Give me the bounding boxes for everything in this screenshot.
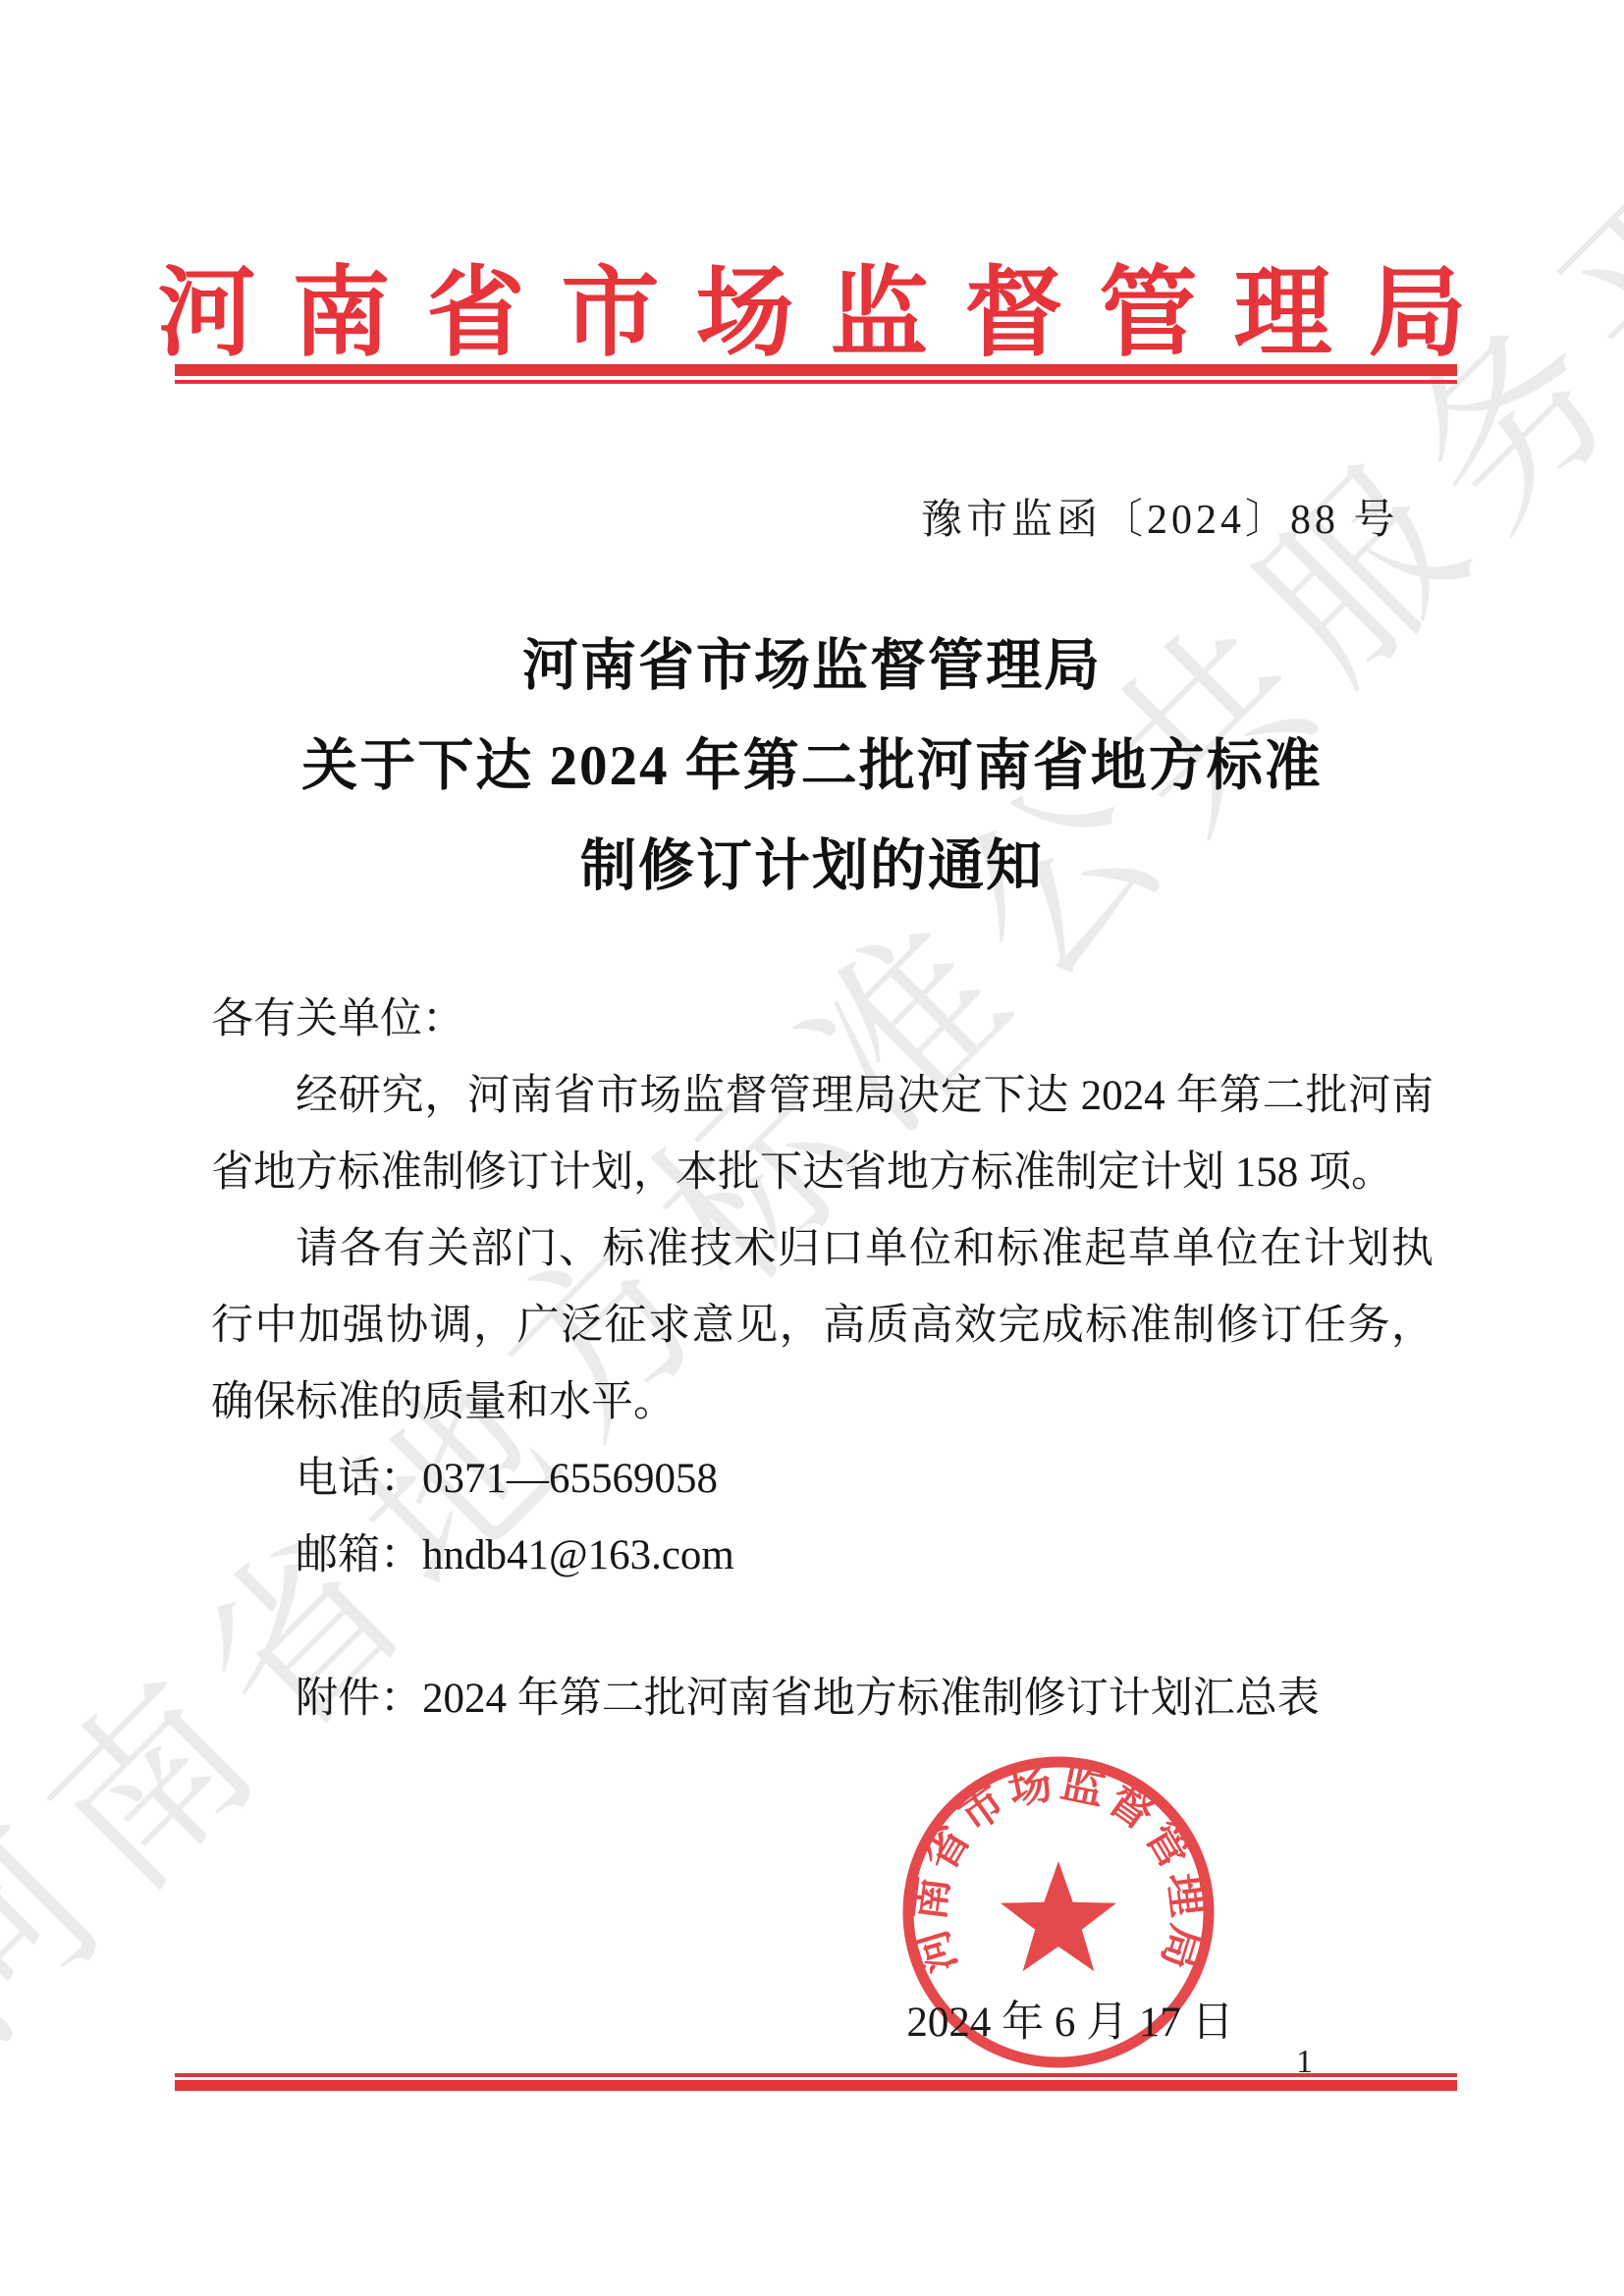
paragraph-2: 请各有关部门、标准技术归口单位和标准起草单位在计划执行中加强协调，广泛征求意见，… (211, 1211, 1434, 1441)
footer-rule-thick (175, 2080, 1457, 2091)
page-number: 1 (1296, 2044, 1313, 2081)
letterhead-rule-thick (175, 364, 1457, 376)
notice-body: 各有关单位： 经研究，河南省市场监督管理局决定下达 2024 年第二批河南省地方… (211, 982, 1434, 1594)
phone-line: 电话：0371—65569058 (211, 1441, 1434, 1518)
letterhead-agency-title: 河南省市场监督管理局 (0, 234, 1624, 375)
issue-date: 2024 年 6 月 17 日 (864, 1989, 1276, 2049)
document-page: 河南省地方标准公共服务平台 河南省市场监督管理局 豫市监函〔2024〕88 号 … (0, 0, 1624, 2296)
attachment-line: 附件：2024 年第二批河南省地方标准制修订计划汇总表 (211, 1661, 1434, 1737)
notice-title-line-1: 河南省市场监督管理局 (0, 616, 1624, 717)
letterhead-rule-thin (175, 380, 1457, 384)
notice-title-line-3: 制修订计划的通知 (0, 817, 1624, 917)
notice-title-line-2: 关于下达 2024 年第二批河南省地方标准 (0, 717, 1624, 817)
document-number: 豫市监函〔2024〕88 号 (921, 487, 1399, 546)
footer-rule-thin (175, 2073, 1457, 2077)
seal-star-icon (1001, 1861, 1116, 1971)
paragraph-1: 经研究，河南省市场监督管理局决定下达 2024 年第二批河南省地方标准制修订计划… (211, 1058, 1434, 1211)
email-line: 邮箱：hndb41@163.com (211, 1518, 1434, 1594)
salutation: 各有关单位： (211, 982, 1434, 1058)
notice-title: 河南省市场监督管理局 关于下达 2024 年第二批河南省地方标准 制修订计划的通… (0, 616, 1624, 917)
